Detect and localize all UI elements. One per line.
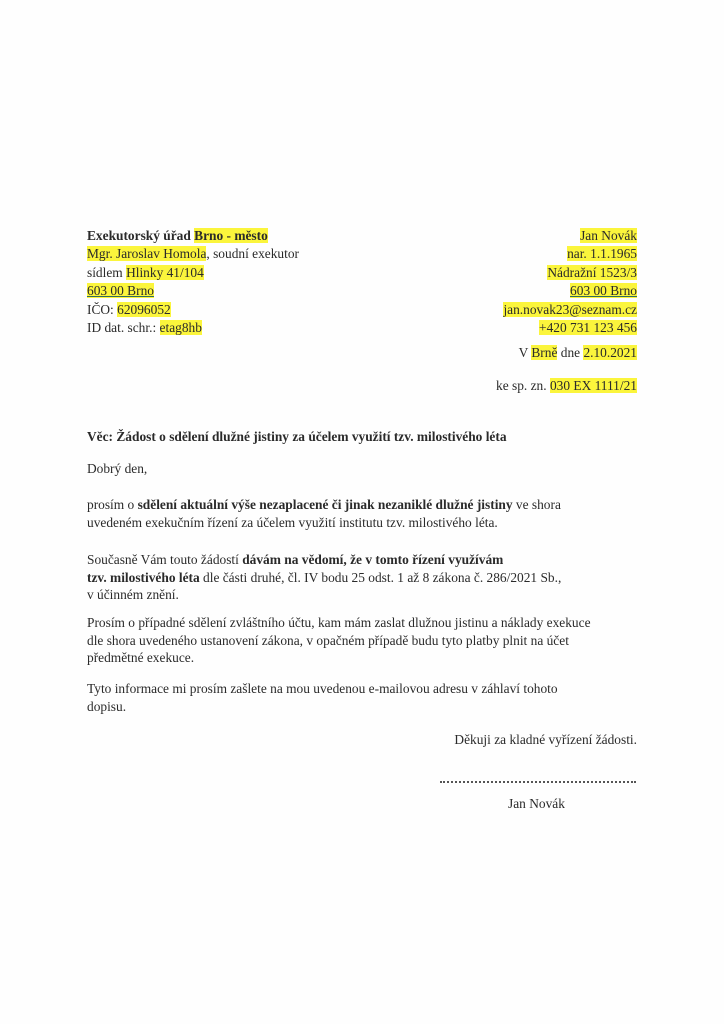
date-prefix: dne xyxy=(557,345,583,360)
recipient-name: Jan Novák xyxy=(580,228,637,243)
p2-suffix: dle části druhé, čl. IV bodu 25 odst. 1 … xyxy=(200,570,562,585)
address-street: Hlinky 41/104 xyxy=(126,265,204,280)
recipient-birth: nar. 1.1.1965 xyxy=(567,246,637,261)
sender-ico: IČO: 62096052 xyxy=(87,301,299,319)
p2-bold1: dávám na vědomí, že v tomto řízení využí… xyxy=(242,552,503,567)
sender-executor: Mgr. Jaroslav Homola, soudní exekutor xyxy=(87,245,299,263)
executor-name: Mgr. Jaroslav Homola xyxy=(87,246,206,261)
address-city: 603 00 Brno xyxy=(87,283,154,298)
sender-address: sídlem Hlinky 41/104 xyxy=(87,264,299,282)
letter-page: Exekutorský úřad Brno - město Mgr. Jaros… xyxy=(0,0,724,1024)
p2-bold2: tzv. milostivého léta xyxy=(87,570,200,585)
address-label: sídlem xyxy=(87,265,126,280)
paragraph-email: Tyto informace mi prosím zašlete na mou … xyxy=(87,680,647,715)
office-city: Brno - město xyxy=(194,228,268,243)
sender-office: Exekutorský úřad Brno - město xyxy=(87,227,299,245)
ico-value: 62096052 xyxy=(117,302,171,317)
sender-block: Exekutorský úřad Brno - město Mgr. Jaros… xyxy=(87,227,299,337)
greeting: Dobrý den, xyxy=(87,461,147,477)
case-reference: ke sp. zn. 030 EX 1111/21 xyxy=(496,378,637,394)
sender-city: 603 00 Brno xyxy=(87,282,299,300)
p3-line2: dle shora uvedeného ustanovení zákona, v… xyxy=(87,633,569,648)
paragraph-request: prosím o sdělení aktuální výše nezaplace… xyxy=(87,496,647,531)
date: 2.10.2021 xyxy=(583,345,637,360)
databox-value: etag8hb xyxy=(160,320,202,335)
subject-line: Věc: Žádost o sdělení dlužné jistiny za … xyxy=(87,429,507,445)
reference-label: ke sp. zn. xyxy=(496,378,550,393)
p4-line2: dopisu. xyxy=(87,699,126,714)
recipient-email: jan.novak23@seznam.cz xyxy=(503,302,637,317)
office-label: Exekutorský úřad xyxy=(87,228,194,243)
signature-line xyxy=(440,781,636,783)
recipient-phone: +420 731 123 456 xyxy=(539,320,637,335)
p3-line1: Prosím o případné sdělení zvláštního účt… xyxy=(87,615,591,630)
place-prefix: V xyxy=(519,345,532,360)
p1-suffix: ve shora xyxy=(513,497,561,512)
paragraph-notice: Současně Vám touto žádostí dávám na vědo… xyxy=(87,551,647,604)
sender-databox: ID dat. schr.: etag8hb xyxy=(87,319,299,337)
p4-line1: Tyto informace mi prosím zašlete na mou … xyxy=(87,681,558,696)
reference-value: 030 EX 1111/21 xyxy=(550,378,637,393)
p2-prefix: Současně Vám touto žádostí xyxy=(87,552,242,567)
signature-name: Jan Novák xyxy=(508,796,565,812)
p1-line2: uvedeném exekučním řízení za účelem využ… xyxy=(87,515,498,530)
recipient-block: Jan Novák nar. 1.1.1965 Nádražní 1523/3 … xyxy=(503,227,637,337)
databox-label: ID dat. schr.: xyxy=(87,320,160,335)
place: Brně xyxy=(531,345,557,360)
ico-label: IČO: xyxy=(87,302,117,317)
p1-bold: sdělení aktuální výše nezaplacené či jin… xyxy=(138,497,513,512)
p2-line3: v účinném znění. xyxy=(87,587,179,602)
executor-title: , soudní exekutor xyxy=(206,246,299,261)
paragraph-account: Prosím o případné sdělení zvláštního účt… xyxy=(87,614,647,667)
recipient-street: Nádražní 1523/3 xyxy=(547,265,637,280)
p3-line3: předmětné exekuce. xyxy=(87,650,194,665)
recipient-city: 603 00 Brno xyxy=(570,283,637,298)
place-date: V Brně dne 2.10.2021 xyxy=(519,345,637,361)
p1-prefix: prosím o xyxy=(87,497,138,512)
closing-thanks: Děkuji za kladné vyřízení žádosti. xyxy=(454,732,637,748)
